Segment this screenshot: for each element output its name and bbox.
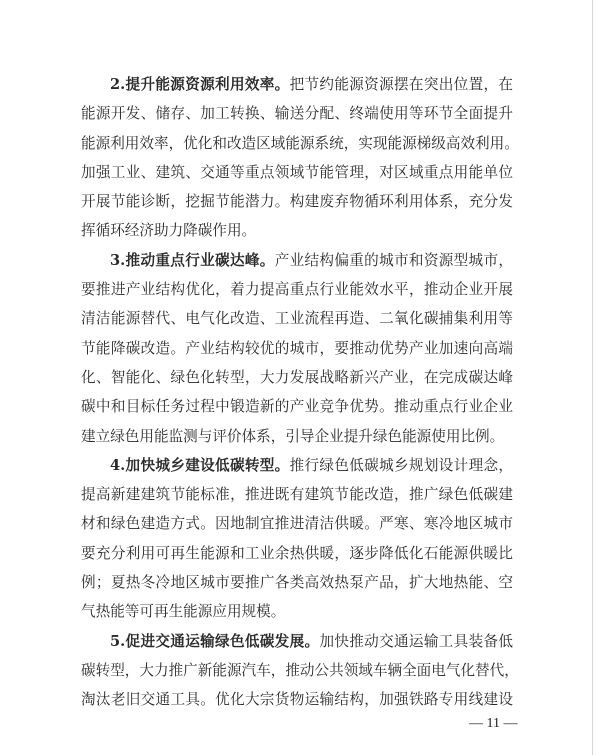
paragraph-3-line-2: 要推进产业结构优化，着力提高重点行业能效水平，推动企业开展 <box>81 275 513 304</box>
paragraph-2-line-5: 开展节能诊断，挖掘节能潜力。构建废弃物循环利用体系，充分发 <box>81 187 513 216</box>
page-edge-divider <box>592 0 593 755</box>
paragraph-3-line-3: 清洁能源替代、电气化改造、工业流程再造、二氧化碳捕集利用等 <box>81 304 513 333</box>
paragraph-5-line-2: 碳转型，大力推广新能源汽车，推动公共领域车辆全面电气化替代， <box>81 656 513 685</box>
paragraph-4-line-3: 材和绿色建造方式。因地制宜推进清洁供暖。严寒、寒冷地区城市 <box>81 509 513 538</box>
paragraph-4-line-6: 气热能等可再生能源应用规模。 <box>81 597 513 626</box>
paragraph-2-line-3: 能源利用效率，优化和改造区域能源系统，实现能源梯级高效利用。 <box>81 129 513 158</box>
document-page: 2.提升能源资源利用效率。把节约能源资源摆在突出位置，在 能源开发、储存、加工转… <box>0 0 596 755</box>
paragraph-2-heading: 2.提升能源资源利用效率。 <box>110 76 290 93</box>
paragraph-3-heading: 3.推动重点行业碳达峰。 <box>110 252 275 269</box>
paragraph-3-line-6: 碳中和目标任务过程中锻造新的产业竞争优势。推动重点行业企业 <box>81 392 513 421</box>
paragraph-4-heading: 4.加快城乡建设低碳转型。 <box>110 457 290 474</box>
paragraph-3-line-7: 建立绿色用能监测与评价体系，引导企业提升绿色能源使用比例。 <box>81 422 513 451</box>
paragraph-4-line-1: 4.加快城乡建设低碳转型。推行绿色低碳城乡规划设计理念， <box>81 451 513 480</box>
paragraph-2-line-2: 能源开发、储存、加工转换、输送分配、终端使用等环节全面提升 <box>81 99 513 128</box>
page-number: — 11 — <box>469 714 517 734</box>
paragraph-2-line-4: 加强工业、建筑、交通等重点领域节能管理，对区域重点用能单位 <box>81 158 513 187</box>
paragraph-5-line-1: 5.促进交通运输绿色低碳发展。加快推动交通运输工具装备低 <box>81 627 513 656</box>
paragraph-2-line-1: 2.提升能源资源利用效率。把节约能源资源摆在突出位置，在 <box>81 70 513 99</box>
paragraph-2-line-6: 挥循环经济助力降碳作用。 <box>81 216 513 245</box>
paragraph-3-line-5: 化、智能化、绿色化转型，大力发展战略新兴产业，在完成碳达峰 <box>81 363 513 392</box>
paragraph-5-heading: 5.促进交通运输绿色低碳发展。 <box>110 633 319 650</box>
paragraph-5-line-3: 淘汰老旧交通工具。优化大宗货物运输结构，加强铁路专用线建设 <box>81 685 513 714</box>
paragraph-3-line-4: 节能降碳改造。产业结构较优的城市，要推动优势产业加速向高端 <box>81 334 513 363</box>
paragraph-4-line-5: 例；夏热冬冷地区城市要推广各类高效热泵产品，扩大地热能、空 <box>81 568 513 597</box>
paragraph-3-line-1: 3.推动重点行业碳达峰。产业结构偏重的城市和资源型城市， <box>81 246 513 275</box>
paragraph-4-line-4: 要充分利用可再生能源和工业余热供暖，逐步降低化石能源供暖比 <box>81 539 513 568</box>
paragraph-4-line-2: 提高新建建筑节能标准，推进既有建筑节能改造，推广绿色低碳建 <box>81 480 513 509</box>
body-text: 2.提升能源资源利用效率。把节约能源资源摆在突出位置，在 能源开发、储存、加工转… <box>81 70 513 715</box>
